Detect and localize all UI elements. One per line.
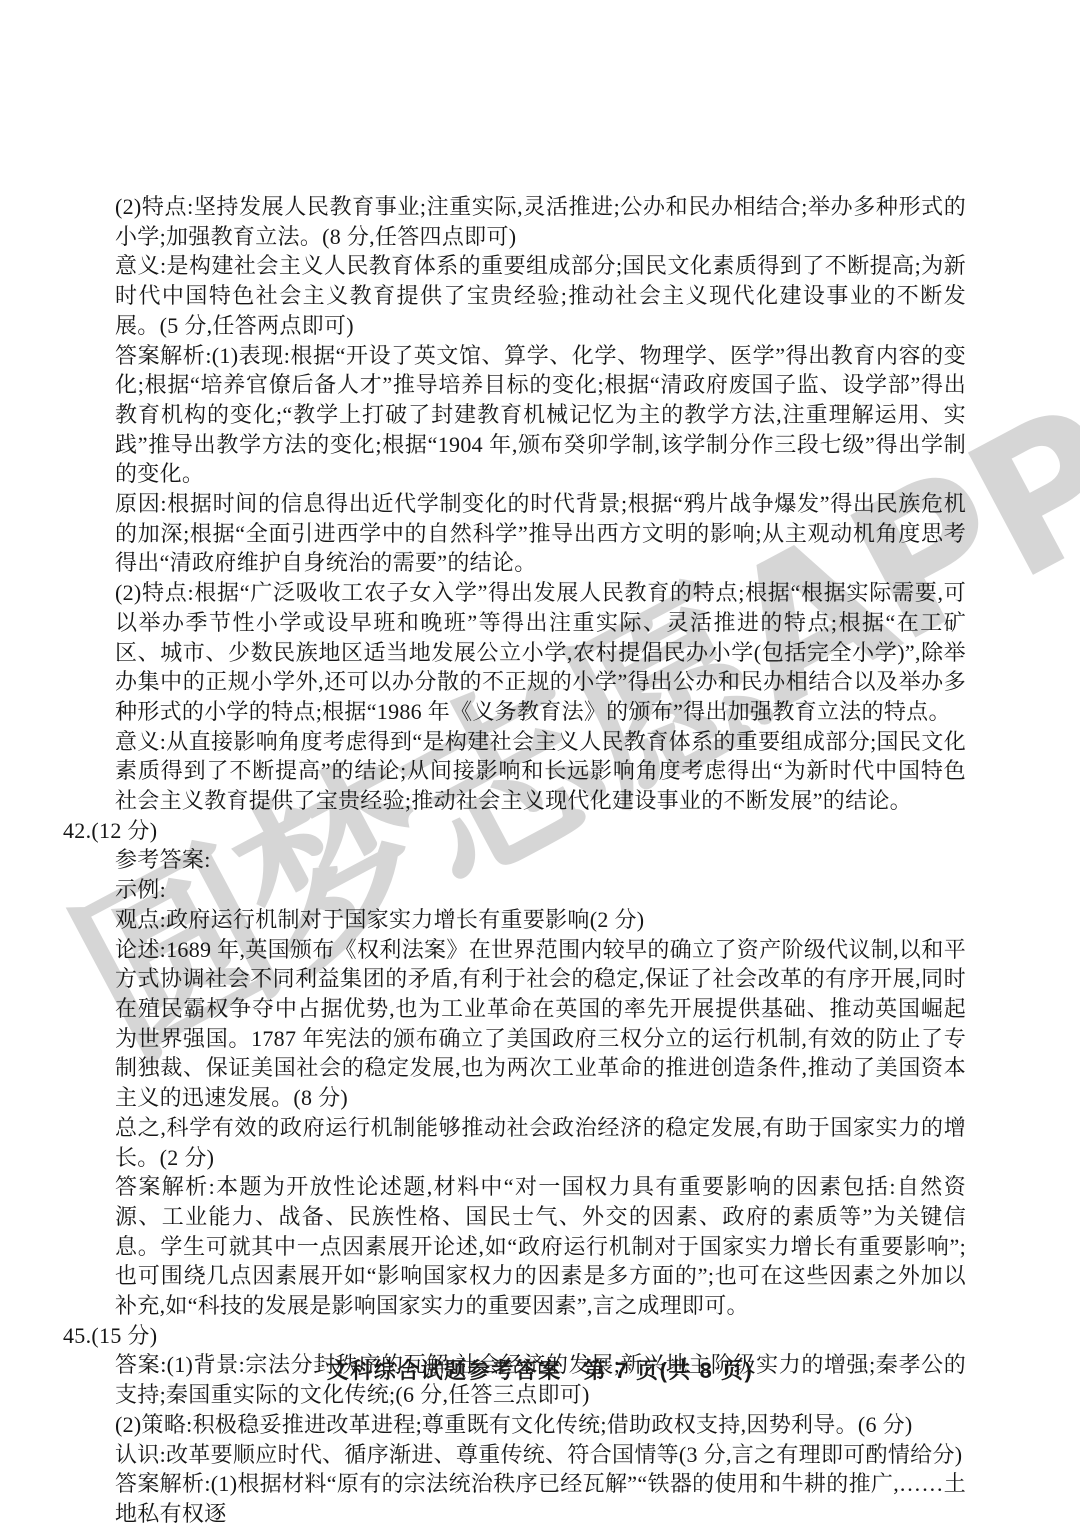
question-item-header-42: 42.(12 分) — [63, 816, 966, 846]
answer-paragraph: 总之,科学有效的政府运行机制能够推动社会政治经济的稳定发展,有助于国家实力的增长… — [115, 1113, 966, 1172]
question-item-header-45: 45.(15 分) — [63, 1321, 966, 1351]
page-footer: 文科综合试题参考答案第 7 页(共 8 页) — [0, 1354, 1080, 1385]
answer-paragraph: 意义:从直接影响角度考虑得到“是构建社会主义人民教育体系的重要组成部分;国民文化… — [115, 727, 966, 816]
answer-content: (2)特点:坚持发展人民教育事业;注重实际,灵活推进;公办和民办相结合;举办多种… — [115, 192, 966, 1528]
answer-paragraph: 示例: — [115, 875, 966, 905]
answer-paragraph: 答案解析:(1)表现:根据“开设了英文馆、算学、化学、物理学、医学”得出教育内容… — [115, 341, 966, 490]
answer-paragraph: 答案解析:本题为开放性论述题,材料中“对一国权力具有重要影响的因素包括:自然资源… — [115, 1172, 966, 1321]
answer-paragraph: 原因:根据时间的信息得出近代学制变化的时代背景;根据“鸦片战争爆发”得出民族危机… — [115, 489, 966, 578]
answer-paragraph: 参考答案: — [115, 845, 966, 875]
answer-paragraph: 论述:1689 年,英国颁布《权利法案》在世界范围内较早的确立了资产阶级代议制,… — [115, 935, 966, 1113]
footer-doc-title: 文科综合试题参考答案 — [327, 1358, 562, 1383]
answer-paragraph: 观点:政府运行机制对于国家实力增长有重要影响(2 分) — [115, 905, 966, 935]
answer-paragraph: (2)特点:根据“广泛吸收工农子女入学”得出发展人民教育的特点;根据“根据实际需… — [115, 578, 966, 727]
document-page: 圆梦志愿APP (2)特点:坚持发展人民教育事业;注重实际,灵活推进;公办和民办… — [0, 0, 1080, 1528]
footer-page-number: 第 7 页(共 8 页) — [584, 1358, 754, 1383]
answer-paragraph: 答案解析:(1)根据材料“原有的宗法统治秩序已经瓦解”“铁器的使用和牛耕的推广,… — [115, 1469, 966, 1528]
answer-paragraph: (2)策略:积极稳妥推进改革进程;尊重既有文化传统;借助政权支持,因势利导。(6… — [115, 1410, 966, 1440]
answer-paragraph: 认识:改革要顺应时代、循序渐进、尊重传统、符合国情等(3 分,言之有理即可酌情给… — [115, 1440, 966, 1470]
answer-paragraph: (2)特点:坚持发展人民教育事业;注重实际,灵活推进;公办和民办相结合;举办多种… — [115, 192, 966, 251]
answer-paragraph: 意义:是构建社会主义人民教育体系的重要组成部分;国民文化素质得到了不断提高;为新… — [115, 251, 966, 340]
